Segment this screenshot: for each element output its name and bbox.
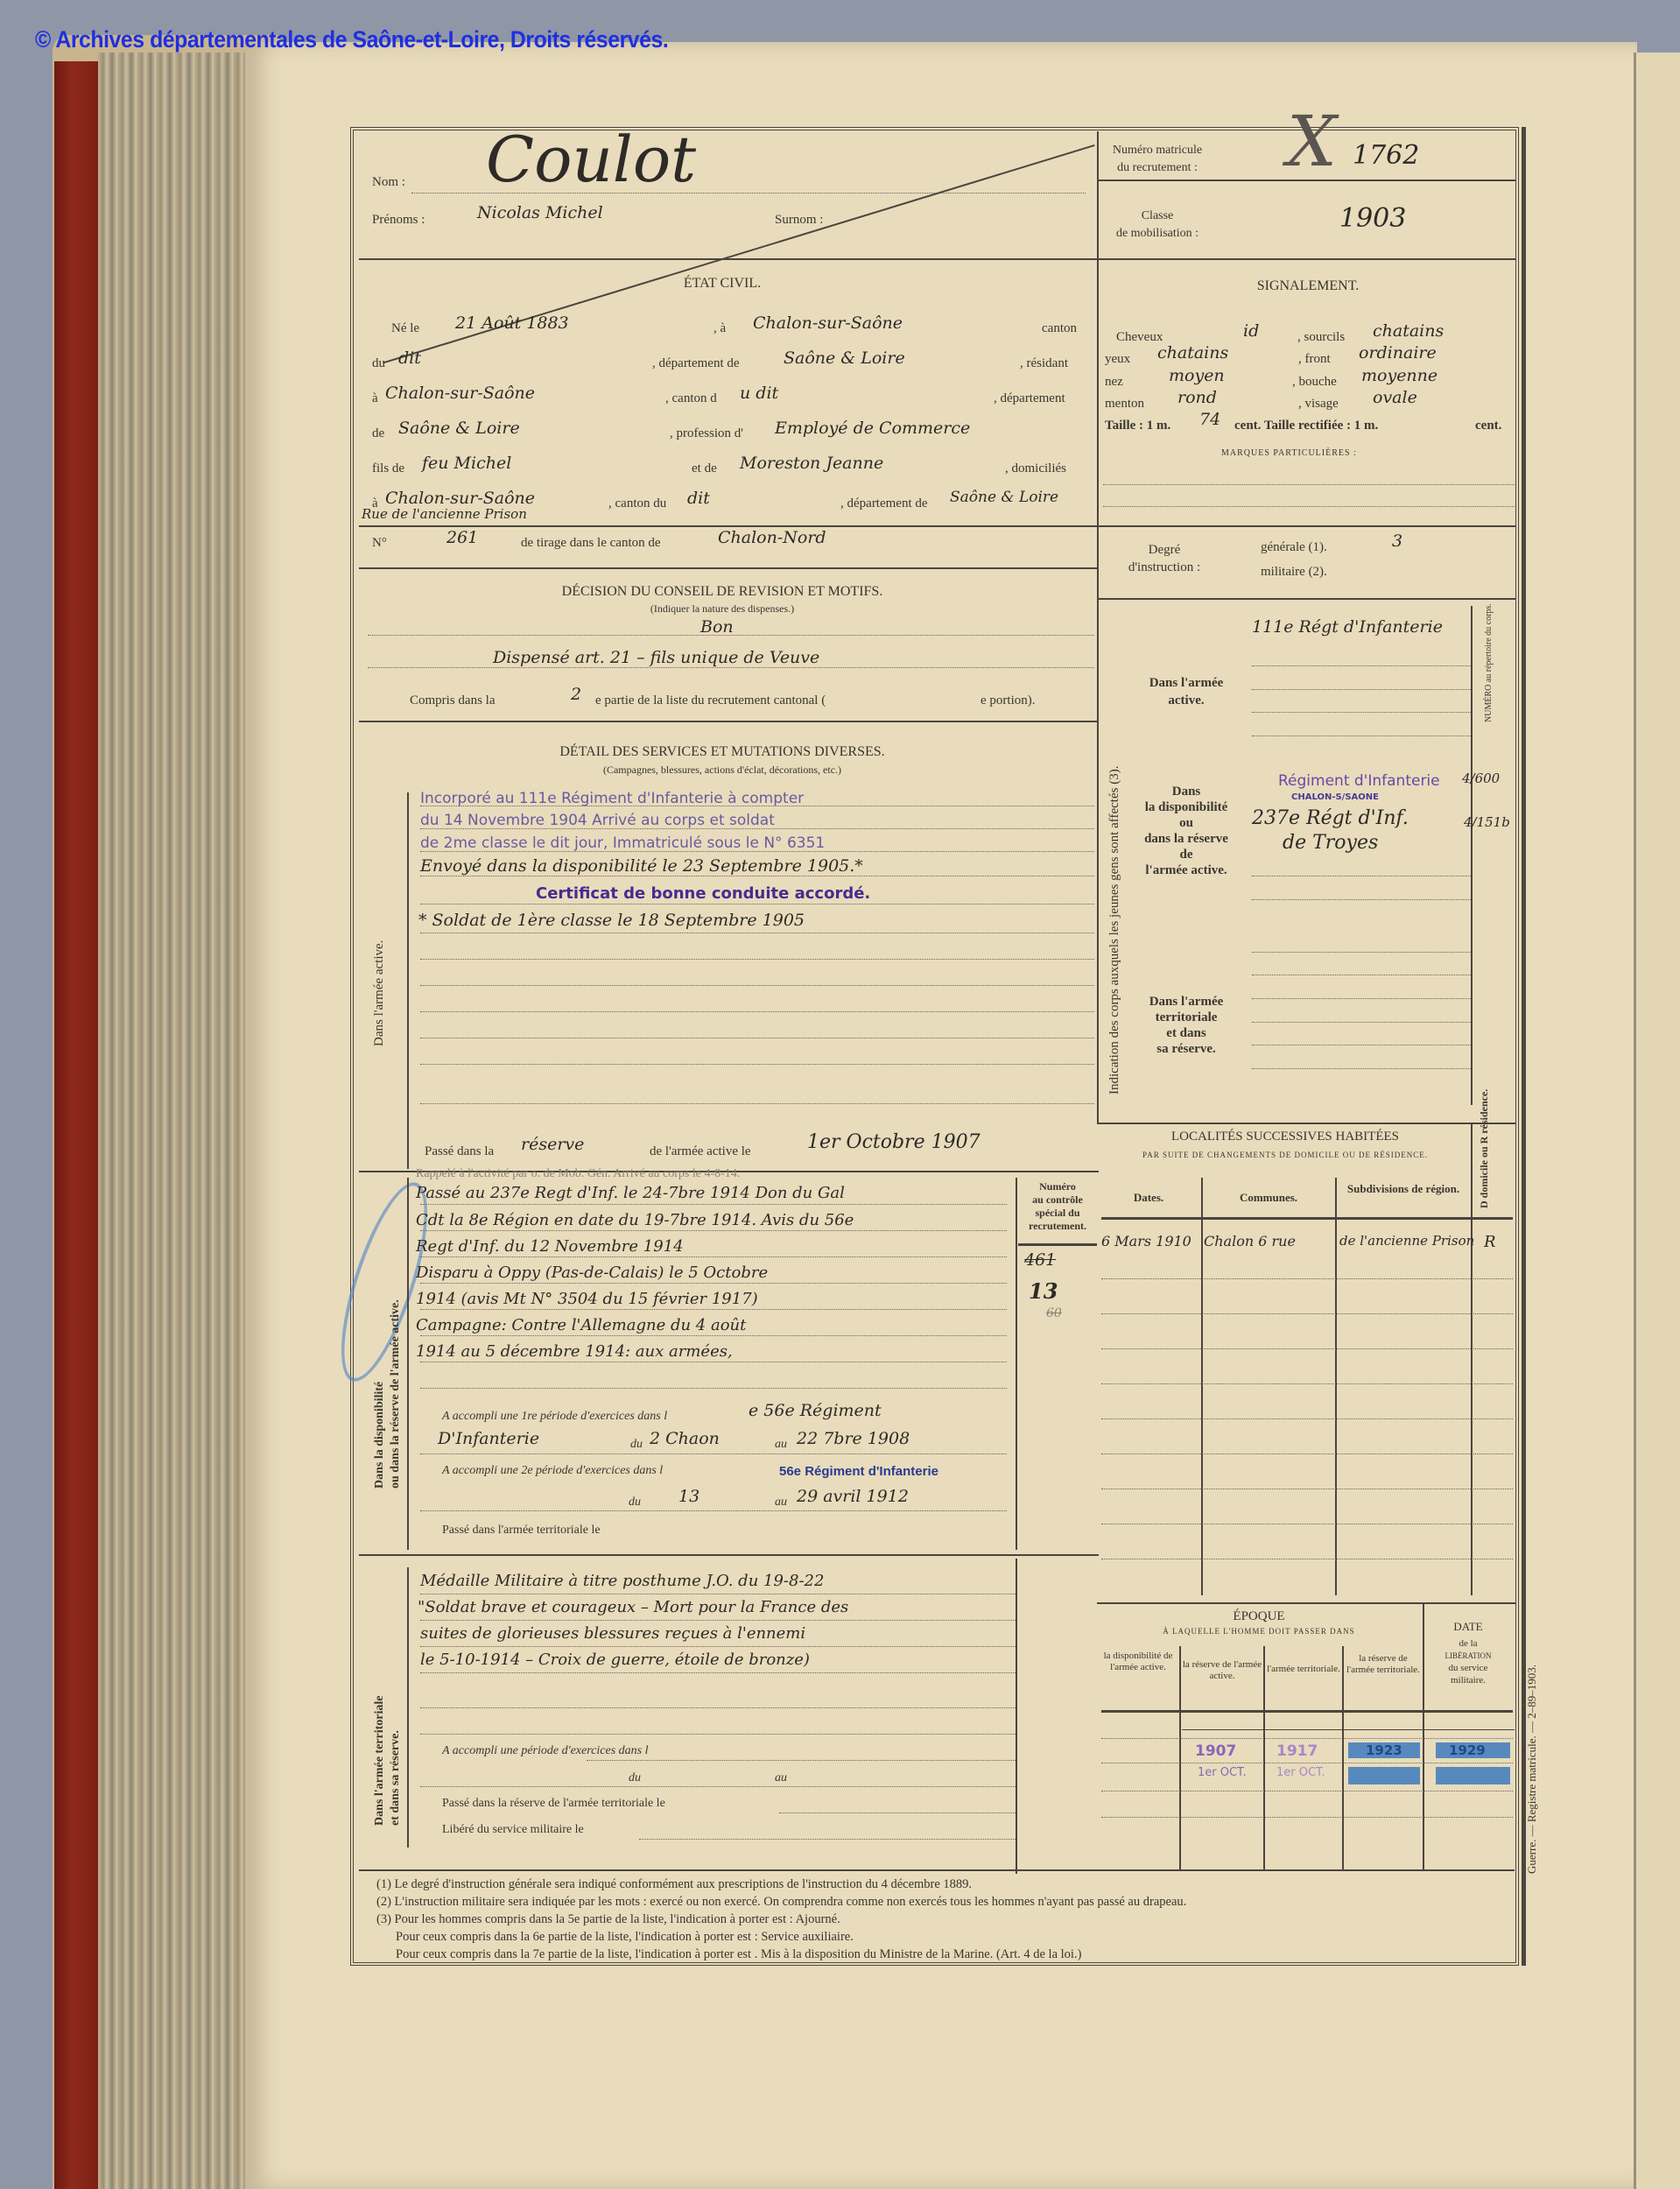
footnotes: (1) Le degré d'instruction générale sera… [376, 1876, 1506, 1963]
cheveux-value: id [1243, 321, 1259, 341]
periode2-au-label: au [775, 1496, 787, 1510]
departement-label: , département de [652, 356, 740, 371]
passe-reserve-suffix: de l'armée active le [650, 1144, 751, 1159]
compris-label: Compris dans la [410, 693, 496, 708]
nom-value: Coulot [486, 123, 696, 196]
epoque-col-reserve-territoriale: la réserve de l'armée territoriale. [1344, 1653, 1423, 1676]
generale-label: générale (1). [1261, 540, 1327, 555]
controle-value-struck: 461 [1024, 1250, 1056, 1270]
dispo-line-7: 1914 au 5 décembre 1914: aux armées, [416, 1342, 733, 1361]
corps-active-value: 111e Régt d'Infanterie [1252, 617, 1443, 637]
localites-rule [1101, 1453, 1513, 1454]
localites-title: LOCALITÉS SUCCESSIVES HABITÉES [1097, 1130, 1473, 1144]
marques-line-2 [1103, 506, 1515, 507]
numero-repertoire-label: NUMÉRO au répertoire du corps. [1484, 603, 1494, 722]
birth-place: Chalon-sur-Saône [753, 313, 903, 333]
book-spine [54, 61, 100, 2189]
sourcils-value: chatains [1373, 321, 1444, 341]
residence-departement: Saône & Loire [398, 419, 520, 438]
corps-line [1252, 665, 1471, 666]
passe-territoriale-label: Passé dans l'armée territoriale le [442, 1524, 601, 1538]
passe-reserve-label: Passé dans la [425, 1144, 494, 1159]
epoque-rule [1101, 1738, 1513, 1739]
periode2-stamp: 56e Régiment d'Infanterie [779, 1464, 938, 1479]
controle-divider [1018, 1243, 1097, 1246]
epoque-col-territoriale: l'armée territoriale. [1265, 1664, 1342, 1675]
visage-value: ovale [1373, 388, 1417, 407]
epoque-territoriale-day: 1er OCT. [1276, 1766, 1325, 1779]
periode1-du-label: du [630, 1438, 643, 1452]
localite-commune: Chalon 6 rue [1204, 1233, 1296, 1249]
corps-dispo-value-1: 237e Régt d'Inf. [1252, 807, 1409, 829]
corps-divider [1097, 1123, 1515, 1124]
front-label: , front [1298, 352, 1331, 367]
parents-departement: Saône & Loire [950, 489, 1058, 506]
sourcils-label: , sourcils [1297, 330, 1345, 345]
liberation-date-label: de laLIBÉRATIONdu servicemilitaire. [1424, 1637, 1512, 1686]
a-label: à [372, 391, 378, 406]
localite-subdivision: de l'ancienne Prison [1339, 1233, 1474, 1249]
yeux-label: yeux [1105, 352, 1130, 367]
territoriale-line-4: le 5-10-1914 – Croix de guerre, étoile d… [420, 1651, 810, 1669]
periode1-line2: D'Infanterie [438, 1429, 539, 1448]
corps-line [1252, 736, 1471, 736]
canton-du-label: , canton du [608, 496, 666, 511]
parents-street: Rue de l'ancienne Prison [362, 506, 527, 522]
decision-rule-1 [368, 635, 1094, 636]
territoriale-rule [420, 1646, 1016, 1647]
epoque-subtitle: À LAQUELLE L'HOMME DOIT PASSER DANS [1097, 1627, 1421, 1636]
services-rule [420, 828, 1094, 829]
periode1-du-value: 2 Chaon [650, 1429, 720, 1448]
fils-de-label: fils de [372, 461, 404, 476]
departement3-label: , département de [840, 496, 928, 511]
epoque-strike-line [1182, 1729, 1515, 1730]
corps-line [1252, 712, 1471, 713]
territoriale-rule [420, 1594, 1016, 1594]
taille-value: 74 [1199, 410, 1220, 429]
services-rule [420, 1011, 1094, 1012]
corps-active-label: Dans l'armée active. [1138, 674, 1234, 709]
corps-line [1252, 689, 1471, 690]
epoque-reserve-active-year: 1907 [1195, 1742, 1236, 1760]
dispo-rule [420, 1309, 1007, 1310]
footnote-3b: Pour ceux compris dans la 6e partie de l… [376, 1928, 1506, 1946]
mother-name: Moreston Jeanne [740, 454, 883, 473]
footnote-1: (1) Le degré d'instruction générale sera… [376, 1876, 1506, 1893]
footnote-3: (3) Pour les hommes compris dans la 5e p… [376, 1911, 1506, 1928]
dispo-vertical-label: Dans la disponibilitéou dans la réserve … [372, 1299, 404, 1489]
services-rule [420, 959, 1094, 960]
service-line-3: de 2me classe le dit jour, Immatriculé s… [420, 834, 825, 852]
territoriale-line-2: "Soldat brave et courageux – Mort pour l… [418, 1598, 848, 1616]
service-line-1: Incorporé au 111e Régiment d'Infanterie … [420, 790, 804, 807]
services-bracket [407, 792, 409, 1169]
periode3-du-label: du [629, 1771, 641, 1785]
periode2-label: A accompli une 2e période d'exercices da… [442, 1464, 663, 1478]
tirage-divider [359, 567, 1099, 569]
dispo-rule [420, 1283, 1007, 1284]
decision-line-2: Dispensé art. 21 – fils unique de Veuve [493, 648, 819, 667]
etat-civil-divider [359, 525, 1099, 527]
birth-date: 21 Août 1883 [455, 313, 569, 333]
dispo-line-3: Regt d'Inf. du 12 Novembre 1914 [416, 1237, 684, 1256]
degre-label: Degréd'instruction : [1112, 541, 1217, 576]
tirage-no-label: N° [372, 536, 387, 551]
dispo-line-2: Cdt la 8e Région en date du 19-7bre 1914… [416, 1211, 854, 1229]
localites-rule [1101, 1559, 1513, 1559]
portion-label: e portion). [981, 693, 1035, 708]
localites-rule [1101, 1383, 1513, 1384]
libere-label: Libéré du service militaire le [442, 1823, 584, 1837]
epoque-title: ÉPOQUE [1097, 1609, 1421, 1624]
localite-dr: R [1484, 1233, 1496, 1251]
nom-label: Nom : [372, 175, 405, 190]
birth-place-label: , à [713, 321, 726, 336]
dispo-line-4: Disparu à Oppy (Pas-de-Calais) le 5 Octo… [416, 1263, 768, 1282]
bouche-value: moyenne [1361, 366, 1437, 385]
prenoms-value: Nicolas Michel [477, 203, 603, 222]
services-rule [420, 1038, 1094, 1038]
stamp-city: CHALON-S/SAONE [1291, 792, 1379, 802]
controle-column-divider [1016, 1178, 1017, 1550]
decision-line-1: Bon [700, 617, 734, 637]
tirage-label: de tirage dans le canton de [521, 536, 661, 551]
dispo-rule [420, 1388, 1007, 1389]
residence-town: Chalon-sur-Saône [385, 384, 535, 403]
territoriale-column-divider [1016, 1559, 1017, 1874]
epoque-col-divider [1342, 1646, 1344, 1869]
parents-domicile: Chalon-sur-Saône [385, 489, 535, 508]
marques-line-1 [1103, 484, 1515, 485]
matricule-label: Numéro matriculedu recrutement : [1105, 142, 1210, 177]
facing-page-edge [1634, 53, 1680, 2189]
localites-rule [1101, 1418, 1513, 1419]
cheveux-label: Cheveux [1116, 330, 1163, 345]
territoriale-line-1: Médaille Militaire à titre posthume J.O.… [420, 1572, 824, 1590]
tirage-canton: Chalon-Nord [718, 528, 826, 547]
corps-line [1252, 1022, 1471, 1023]
birth-canton: dit [398, 348, 421, 368]
passe-reserve-date: 1er Octobre 1907 [807, 1131, 981, 1153]
footnote-2: (2) L'instruction militaire sera indiqué… [376, 1893, 1506, 1911]
passe-reserve-terr-rule [779, 1812, 1016, 1813]
epoque-col-reserve-active: la réserve de l'armée active. [1181, 1659, 1263, 1682]
signalement-title: SIGNALEMENT. [1099, 278, 1517, 294]
localites-rule [1101, 1313, 1513, 1314]
epoque-col-divider [1263, 1646, 1265, 1869]
service-line-2: du 14 Novembre 1904 Arrivé au corps et s… [420, 812, 775, 829]
controle-label: Numéroau contrôlespécial durecrutement. [1018, 1180, 1097, 1233]
corps-line [1252, 1045, 1471, 1045]
localites-subtitle: PAR SUITE DE CHANGEMENTS DE DOMICILE OU … [1097, 1151, 1473, 1159]
taille-cent-label: cent. [1475, 419, 1501, 433]
dispo-rule [420, 1362, 1007, 1362]
services-rule [420, 1103, 1094, 1104]
matricule-divider [1097, 179, 1515, 181]
epoque-rule [1101, 1791, 1513, 1791]
epoque-header-rule [1101, 1710, 1513, 1713]
corps-line [1252, 998, 1471, 999]
libere-rule [639, 1839, 1016, 1840]
epoque-territoriale-year: 1917 [1276, 1742, 1318, 1760]
epoque-rule [1101, 1763, 1513, 1763]
periode1-label: A accompli une 1re période d'exercices d… [442, 1410, 667, 1424]
corps-number-2: 4/151b [1464, 814, 1510, 830]
corps-territoriale-label: Dans l'arméeterritorialeet danssa réserv… [1135, 994, 1237, 1057]
services-rule [420, 904, 1094, 904]
liberation-date-title: DATE [1424, 1620, 1512, 1634]
registry-imprint: Guerre. — Registre matricule. — 2–89–190… [1525, 1665, 1539, 1874]
dispo-line-6: Campagne: Contre l'Allemagne du 4 août [416, 1316, 746, 1334]
periode1-au-value: 22 7bre 1908 [797, 1429, 910, 1448]
classe-divider [1097, 258, 1515, 260]
periode-rule [420, 1510, 1007, 1511]
compris-value: 2 [571, 685, 581, 704]
corps-vertical-label: Indication des corps auxquels les jeunes… [1107, 766, 1122, 1094]
matricule-cross-mark: X [1287, 101, 1337, 182]
classe-label: Classede mobilisation : [1105, 208, 1210, 243]
epoque-col-disponibilite: la disponibilité de l'armée active. [1097, 1651, 1179, 1673]
yeux-value: chatains [1157, 343, 1228, 362]
localites-rule [1101, 1524, 1513, 1524]
surnom-label: Surnom : [775, 213, 823, 228]
periode3-label: A accompli une période d'exercices dans … [442, 1744, 648, 1758]
periode-rule [420, 1453, 1007, 1454]
periode3-rule [587, 1760, 1016, 1761]
de-label: de [372, 426, 384, 441]
services-rule [420, 1064, 1094, 1065]
corps-dispo-value-2: de Troyes [1283, 832, 1378, 854]
services-subtitle: (Campagnes, blessures, actions d'éclat, … [350, 764, 1094, 777]
epoque-rule [1101, 1817, 1513, 1818]
periode3-dates-rule [420, 1786, 1016, 1787]
parents-canton: dit [687, 489, 710, 508]
taille-label: Taille : 1 m. [1105, 419, 1170, 433]
decision-divider [359, 721, 1099, 722]
services-active-vertical-label: Dans l'armée active. [372, 940, 387, 1046]
dispo-rule [420, 1204, 1007, 1205]
localites-divider [1097, 1602, 1515, 1604]
corps-line [1252, 1068, 1471, 1069]
et-de-label: et de [692, 461, 717, 476]
father-name: feu Michel [422, 454, 511, 473]
rappel-line: Rappelé à l'activité par o. de Mob. Gén.… [416, 1167, 740, 1181]
tirage-number: 261 [446, 528, 478, 547]
periode1-au-label: au [775, 1438, 787, 1452]
territoriale-rule [420, 1707, 1016, 1708]
liberation-year: 1929 [1449, 1742, 1486, 1758]
passe-reserve-value: réserve [521, 1135, 584, 1154]
nez-label: nez [1105, 375, 1123, 390]
corps-dispo-label: Dansla disponibilitéoudans la réservedel… [1135, 784, 1237, 878]
matricule-value: 1762 [1353, 140, 1419, 171]
territoriale-vertical-label: Dans l'armée territorialeet dans sa rése… [372, 1696, 404, 1827]
service-line-6: * Soldat de 1ère classe le 18 Septembre … [418, 911, 805, 930]
menton-value: rond [1177, 388, 1217, 407]
services-rule [420, 985, 1094, 986]
corps-number-divider [1471, 606, 1473, 1105]
periode2-du-value: 13 [678, 1487, 699, 1506]
passe-reserve-terr-label: Passé dans la réserve de l'armée territo… [442, 1797, 665, 1811]
front-value: ordinaire [1359, 343, 1437, 362]
periode1-value: e 56e Régiment [749, 1401, 882, 1420]
dispo-bracket [407, 1178, 409, 1550]
periode2-au-value: 29 avril 1912 [797, 1487, 909, 1506]
menton-label: menton [1105, 397, 1144, 412]
epoque-reserve-territoriale-year: 1923 [1366, 1742, 1402, 1758]
domicilies-label: , domiciliés [1005, 461, 1066, 476]
profession-value: Employé de Commerce [775, 419, 970, 438]
du-label: du [372, 356, 385, 371]
service-line-4: Envoyé dans la disponibilité le 23 Septe… [420, 856, 863, 876]
epoque-blue-bar [1348, 1767, 1420, 1784]
footnote-3c: Pour ceux compris dans la 7e partie de l… [376, 1946, 1506, 1963]
territoriale-rule [420, 1620, 1016, 1621]
territoriale-line-3: suites de glorieuses blessures reçues à … [420, 1624, 805, 1643]
etat-civil-title: ÉTAT CIVIL. [350, 276, 1094, 292]
localite-date: 6 Mars 1910 [1101, 1233, 1191, 1249]
controle-value: 13 [1029, 1278, 1058, 1304]
residence-canton: u dit [740, 384, 778, 403]
corps-line [1252, 876, 1471, 876]
footnotes-divider [359, 1869, 1515, 1871]
liberation-blue-bar [1436, 1767, 1510, 1784]
dispo-rule [420, 1256, 1007, 1257]
localites-rule [1101, 1489, 1513, 1489]
generale-value: 3 [1392, 531, 1402, 551]
prenoms-label: Prénoms : [372, 213, 425, 228]
services-rule [420, 876, 1094, 876]
bouche-label: , bouche [1292, 375, 1337, 390]
dispo-line-1: Passé au 237e Regt d'Inf. le 24-7bre 191… [416, 1184, 845, 1202]
classe-value: 1903 [1339, 203, 1406, 234]
profession-label: , profession d' [670, 426, 743, 441]
departement2-label: , département [994, 391, 1065, 406]
controle-value-2: 60 [1046, 1306, 1062, 1320]
degre-divider [1097, 598, 1515, 600]
ne-le-label: Né le [391, 321, 419, 336]
dispo-line-5: 1914 (avis Mt N° 3504 du 15 février 1917… [416, 1290, 758, 1308]
decision-subtitle: (Indiquer la nature des dispenses.) [350, 602, 1094, 616]
services-rule [420, 851, 1094, 852]
visage-label: , visage [1298, 397, 1339, 412]
page-edges [98, 53, 264, 2189]
localites-col-communes: Communes. [1202, 1191, 1335, 1205]
services-rule [420, 806, 1094, 806]
corps-line [1252, 975, 1471, 975]
services-rule [420, 933, 1094, 933]
territoriale-bracket [407, 1567, 409, 1848]
localites-col-divider [1335, 1178, 1337, 1595]
localites-dr-divider [1471, 1123, 1473, 1595]
compris-suffix: e partie de la liste du recrutement cant… [595, 693, 826, 708]
copyright-watermark: © Archives départementales de Saône-et-L… [35, 26, 668, 53]
marques-divider [1097, 525, 1515, 527]
localites-rule [1101, 1278, 1513, 1279]
territoriale-rule [420, 1734, 1016, 1735]
localites-rule [1101, 1348, 1513, 1349]
decision-rule-2 [368, 667, 1094, 668]
header-divider [359, 258, 1099, 260]
corps-line [1252, 952, 1471, 953]
nom-line [411, 193, 1086, 194]
corps-line [1252, 899, 1471, 900]
canton-d-label: , canton d [665, 391, 717, 406]
dispo-rule [420, 1335, 1007, 1336]
nez-value: moyen [1169, 366, 1225, 385]
militaire-label: militaire (2). [1261, 565, 1327, 580]
corps-number-1: 4/600 [1462, 771, 1500, 786]
taille-rectifiee-label: cent. Taille rectifiée : 1 m. [1234, 419, 1378, 433]
localites-col-dates: Dates. [1097, 1191, 1200, 1205]
conduct-certificate-stamp: Certificat de bonne conduite accordé. [536, 884, 870, 903]
residant-label: , résidant [1020, 356, 1068, 371]
dispo-divider [359, 1554, 1099, 1556]
canton-label: canton [1042, 321, 1077, 336]
territoriale-rule [420, 1672, 1016, 1673]
epoque-reserve-active-day: 1er OCT. [1198, 1766, 1247, 1779]
marques-title: MARQUES PARTICULIÈRES : [1221, 448, 1357, 458]
dispo-rule [420, 1230, 1007, 1231]
localites-col-subdivisions: Subdivisions de région. [1338, 1182, 1469, 1196]
periode3-au-label: au [775, 1771, 787, 1785]
birth-departement: Saône & Loire [784, 348, 905, 368]
localites-col-divider [1201, 1178, 1203, 1595]
decision-title: DÉCISION DU CONSEIL DE REVISION ET MOTIF… [350, 584, 1094, 600]
localites-header-rule [1101, 1217, 1513, 1220]
localites-col-dr: D domicile ou R résidence. [1478, 1089, 1491, 1208]
periode2-du-label: du [629, 1496, 641, 1510]
regiment-stamp: Régiment d'Infanterie [1278, 772, 1440, 790]
services-title: DÉTAIL DES SERVICES ET MUTATIONS DIVERSE… [350, 744, 1094, 760]
